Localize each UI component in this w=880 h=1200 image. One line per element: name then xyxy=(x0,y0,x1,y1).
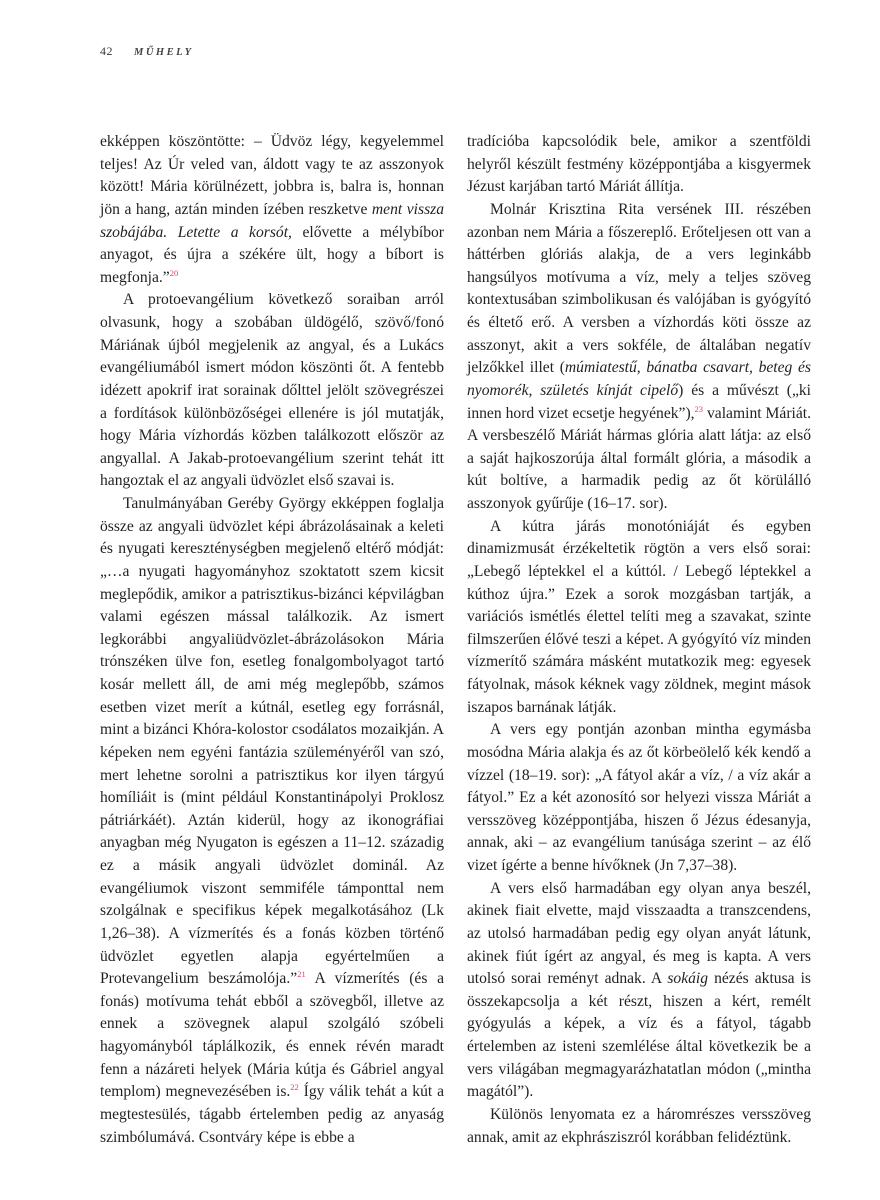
footnote-marker[interactable]: 21 xyxy=(297,969,306,979)
paragraph: A vers egy pontján azonban mintha egymás… xyxy=(467,719,811,877)
running-header: 42 MŰHELY xyxy=(100,44,194,59)
paragraph: Tanulmányában Geréby György ekképpen fog… xyxy=(100,493,444,1149)
text-run: nézés aktusa is összekapcsolja a két rés… xyxy=(467,970,811,1100)
paragraph: tradícióba kapcsolódik bele, amikor a sz… xyxy=(467,131,811,199)
footnote-marker[interactable]: 23 xyxy=(695,403,704,413)
right-column: tradícióba kapcsolódik bele, amikor a sz… xyxy=(467,131,811,1149)
section-title: MŰHELY xyxy=(134,47,194,58)
left-column: ekképpen köszöntötte: – Üdvöz légy, kegy… xyxy=(100,131,444,1149)
paragraph: A kútra járás monotóniáját és egyben din… xyxy=(467,516,811,720)
paragraph: A vers első harmadában egy olyan anya be… xyxy=(467,878,811,1104)
paragraph: Molnár Krisztina Rita versének III. rész… xyxy=(467,199,811,516)
paragraph: ekképpen köszöntötte: – Üdvöz légy, kegy… xyxy=(100,131,444,289)
text-run: Molnár Krisztina Rita versének III. rész… xyxy=(467,201,811,376)
footnote-marker[interactable]: 20 xyxy=(170,268,179,278)
italic-text: sokáig xyxy=(667,970,708,987)
text-run: A vízmerítés (és a fonás) motívuma tehát… xyxy=(100,970,444,1100)
page-number: 42 xyxy=(100,44,113,58)
footnote-marker[interactable]: 22 xyxy=(290,1082,299,1092)
text-run: Tanulmányában Geréby György ekképpen fog… xyxy=(100,495,444,987)
paragraph: A protoevangélium következő soraiban arr… xyxy=(100,289,444,493)
paragraph: Különös lenyomata ez a háromrészes verss… xyxy=(467,1104,811,1149)
